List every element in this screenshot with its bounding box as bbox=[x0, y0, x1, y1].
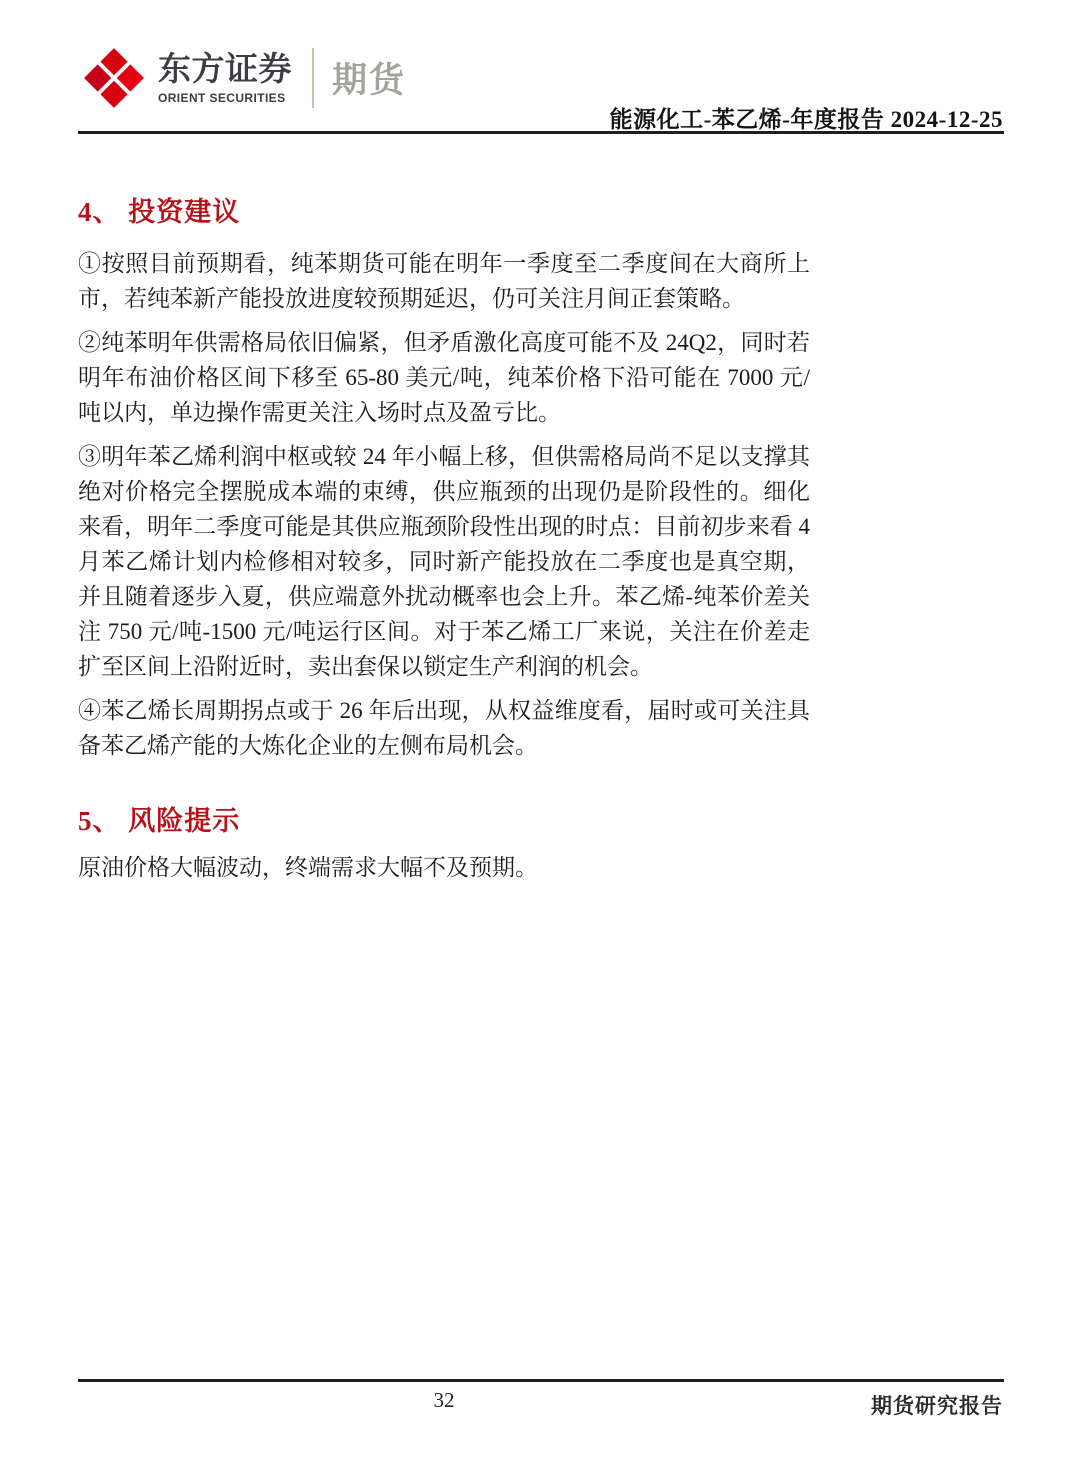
paragraph-advice-4: ④苯乙烯长周期拐点或于 26 年后出现，从权益维度看，届时或可关注具备苯乙烯产能… bbox=[78, 693, 810, 763]
orient-securities-diamond-icon bbox=[80, 44, 148, 112]
header-divider-line bbox=[78, 131, 1004, 134]
footer-divider-line bbox=[78, 1379, 1004, 1382]
report-page: 东方证券 ORIENT SECURITIES 期货 能源化工-苯乙烯-年度报告 … bbox=[0, 0, 1080, 1466]
paragraph-advice-3: ③明年苯乙烯利润中枢或较 24 年小幅上移，但供需格局尚不足以支撑其绝对价格完全… bbox=[78, 439, 810, 684]
section-heading-risk-warning: 5、 风险提示 bbox=[78, 805, 810, 837]
paragraph-risk: 原油价格大幅波动，终端需求大幅不及预期。 bbox=[78, 850, 810, 885]
report-type-label: 期货研究报告 bbox=[871, 1390, 1003, 1420]
brand-name-cn: 东方证券 bbox=[158, 51, 292, 87]
report-title-header: 能源化工-苯乙烯-年度报告 2024-12-25 bbox=[610, 101, 1003, 134]
paragraph-advice-2: ②纯苯明年供需格局依旧偏紧，但矛盾激化高度可能不及 24Q2，同时若明年布油价格… bbox=[78, 325, 810, 430]
paragraph-advice-1: ①按照目前预期看，纯苯期货可能在明年一季度至二季度间在大商所上市，若纯苯新产能投… bbox=[78, 246, 810, 316]
page-number: 32 bbox=[78, 1388, 810, 1413]
division-label-futures: 期货 bbox=[332, 53, 406, 103]
section-heading-investment-advice: 4、 投资建议 bbox=[78, 196, 810, 228]
logo-divider-line bbox=[312, 48, 314, 108]
brand-name-en: ORIENT SECURITIES bbox=[158, 91, 292, 105]
report-body: 4、 投资建议 ①按照目前预期看，纯苯期货可能在明年一季度至二季度间在大商所上市… bbox=[78, 196, 810, 894]
brand-logo: 东方证券 ORIENT SECURITIES 期货 bbox=[80, 44, 406, 112]
brand-text-block: 东方证券 ORIENT SECURITIES bbox=[158, 51, 292, 104]
